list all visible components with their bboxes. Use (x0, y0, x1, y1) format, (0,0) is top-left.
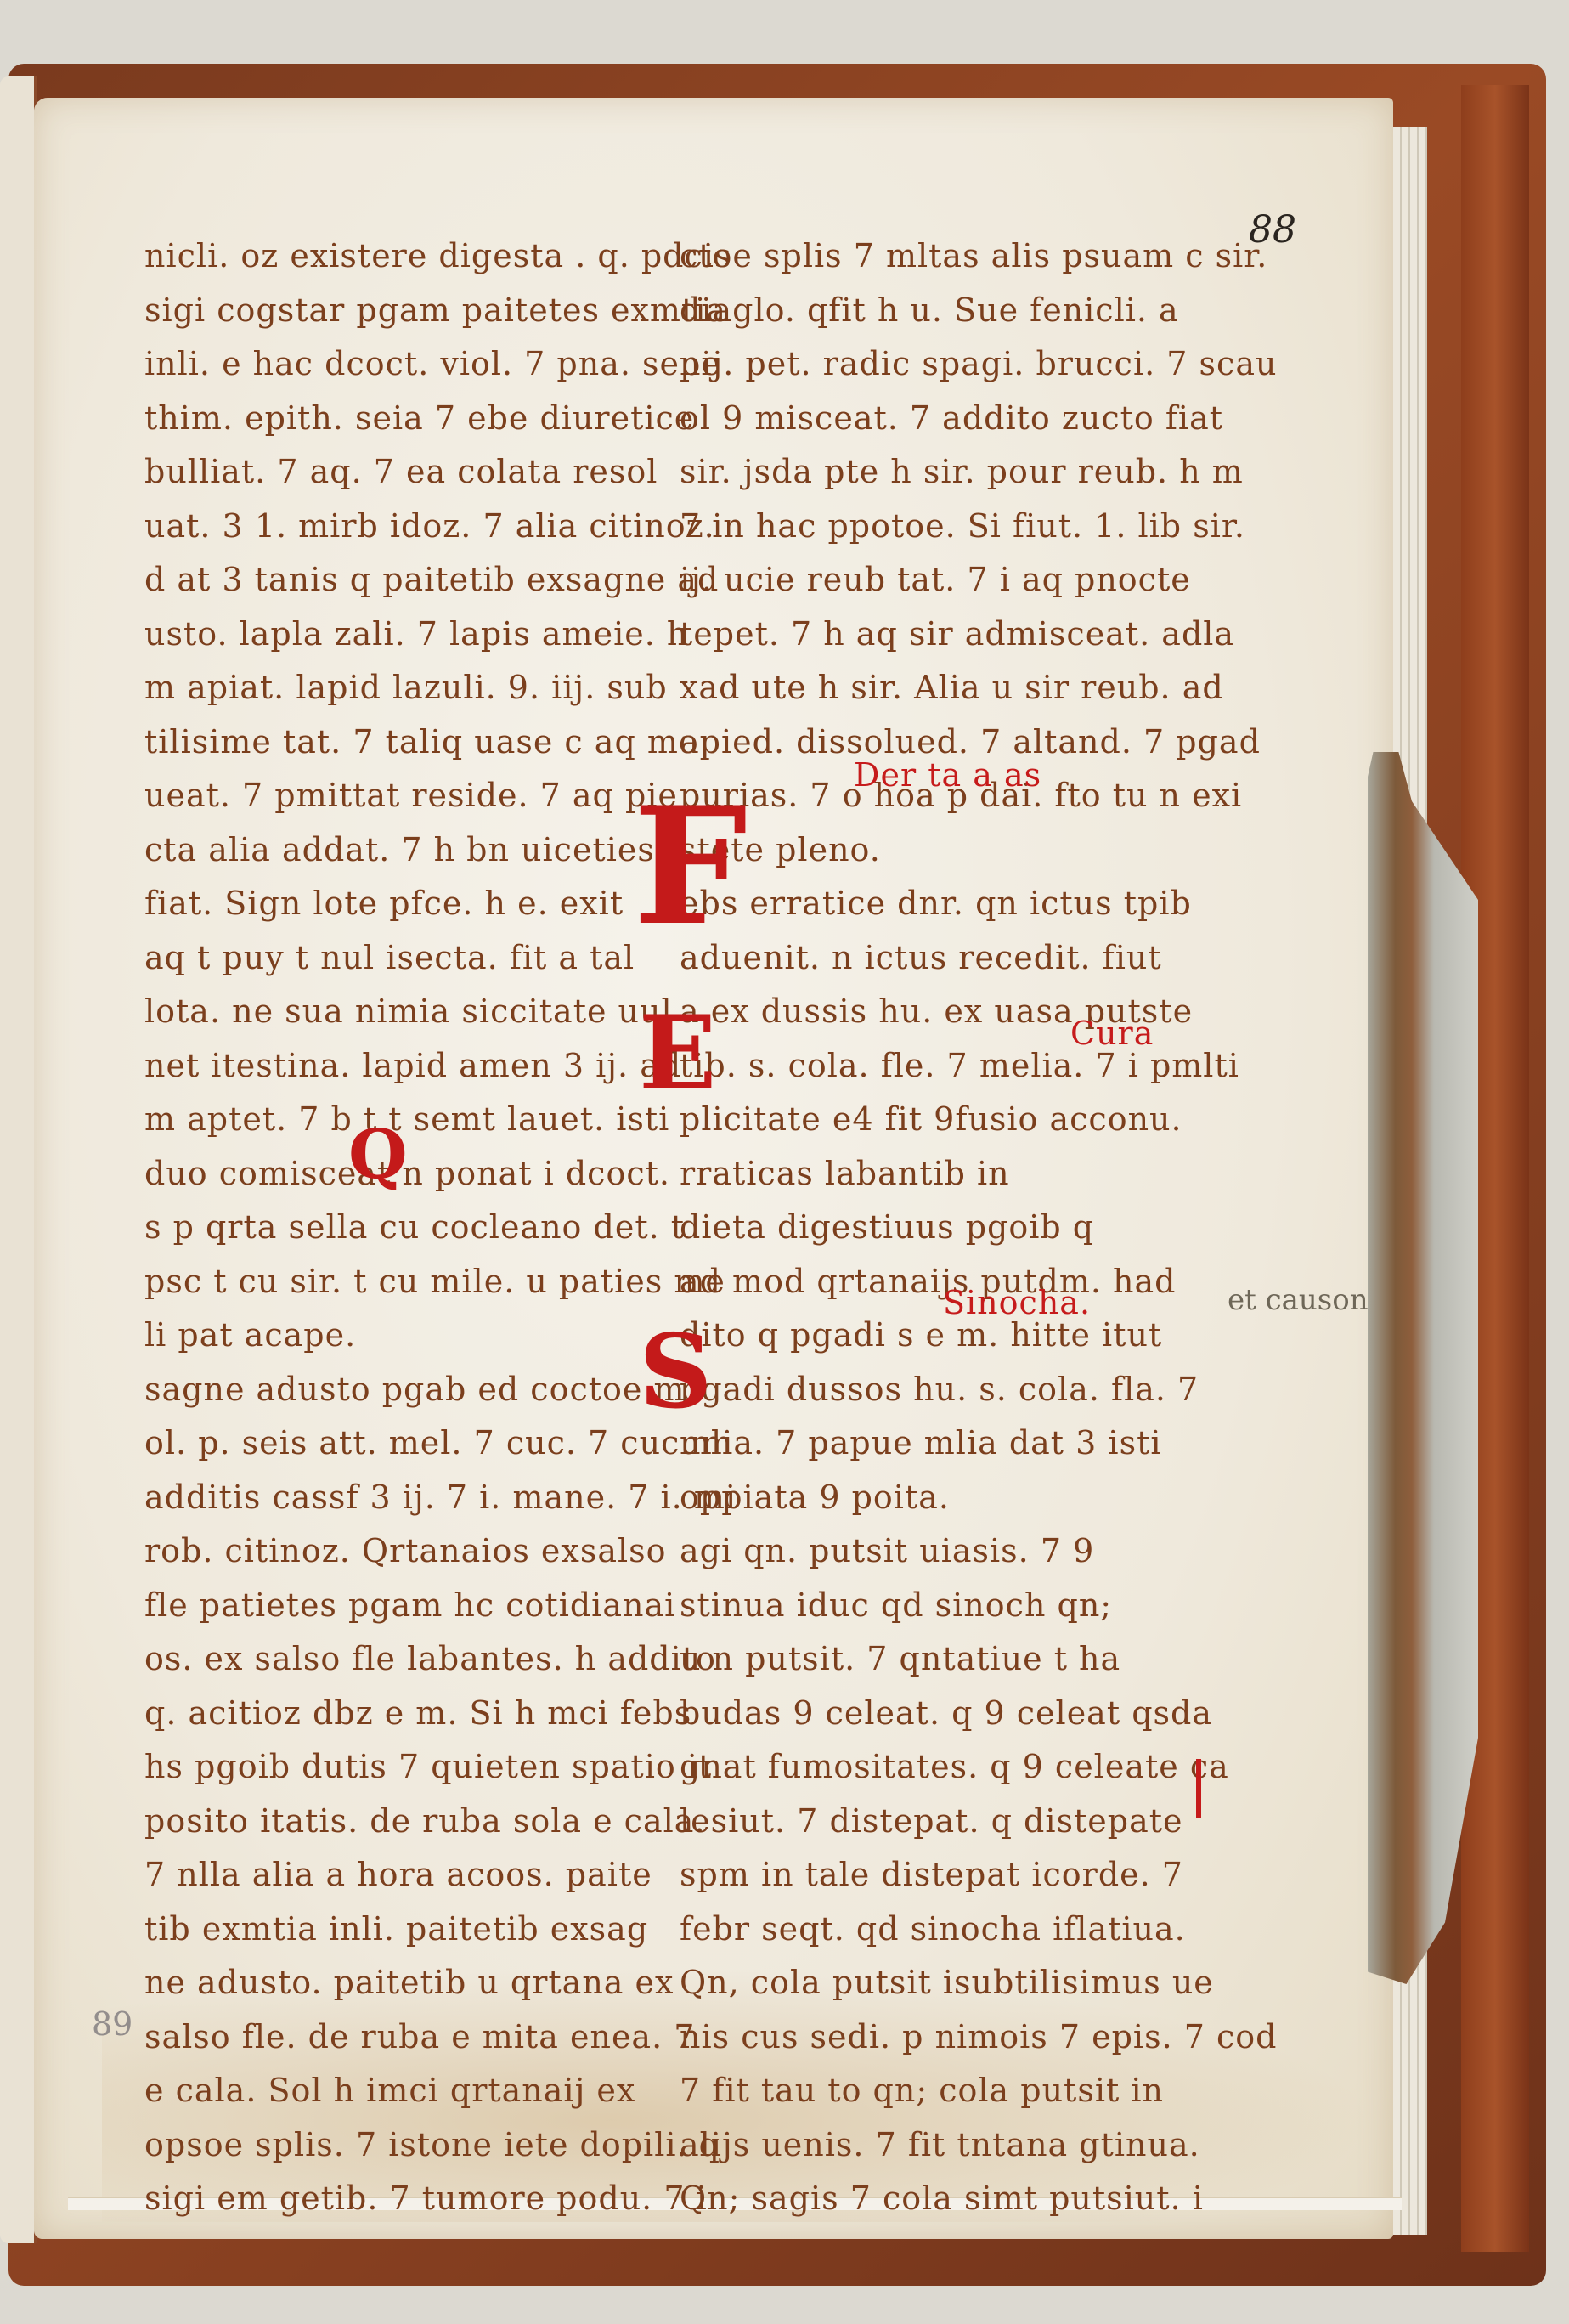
manuscript-line: inli. e hac dcoct. viol. 7 pna. sene (144, 337, 737, 392)
metal-clasp (1368, 752, 1478, 1984)
manuscript-line: q. acitioz dbz e m. Si h mci febs (144, 1687, 737, 1741)
manuscript-line: oppiata 9 poita. (680, 1471, 1277, 1525)
manuscript-line: tepet. 7 h aq sir admisceat. adla (680, 608, 1277, 662)
manuscript-line: e cala. Sol h imci qrtanaij ex (144, 2064, 737, 2118)
manuscript-line: psc t cu sir. t cu mile. u paties me (144, 1255, 737, 1309)
manuscript-line: ebs erratice dnr. qn ictus tpib (680, 877, 1277, 931)
manuscript-line: nis cus sedi. p nimois 7 epis. 7 cod (680, 2010, 1277, 2065)
manuscript-line: diaglo. qfit h u. Sue fenicli. a (680, 284, 1277, 338)
old-folio-number: 89 (92, 2005, 133, 2043)
manuscript-line: hs pgoib dutis 7 quieten spatio it (144, 1740, 737, 1795)
manuscript-line: usto. lapla zali. 7 lapis ameie. h (144, 608, 737, 662)
manuscript-line: a ex dussis hu. ex uasa putste (680, 985, 1277, 1039)
manuscript-line: additis cassf 3 ij. 7 i. mane. 7 i. mi (144, 1471, 737, 1525)
manuscript-line: alijs uenis. 7 fit tntana gtinua. (680, 2118, 1277, 2173)
manuscript-line: budas 9 celeat. q 9 celeat qsda (680, 1687, 1277, 1741)
red-initial-e: E (639, 1003, 716, 1105)
rubric-heading-sinocha: Sinocha. (943, 1276, 1091, 1331)
manuscript-line: ol 9 misceat. 7 addito zucto fiat (680, 392, 1277, 446)
manuscript-line: salso fle. de ruba e mita enea. 7 (144, 2010, 737, 2065)
manuscript-line: sir. jsda pte h sir. pour reub. h m (680, 445, 1277, 500)
manuscript-line: dieta digestiuus pgoib q (680, 1201, 1277, 1255)
manuscript-line: agi qn. putsit uiasis. 7 9 (680, 1524, 1277, 1579)
manuscript-line: tilisime tat. 7 taliq uase c aq mo (144, 715, 737, 770)
manuscript-line: Qn; sagis 7 cola simt putsiut. i (680, 2172, 1277, 2226)
red-margin-mark (1196, 1759, 1201, 1818)
manuscript-line: tib exmtia inli. paitetib exsag (144, 1903, 737, 1957)
manuscript-line: stinua iduc qd sinoch qn; (680, 1579, 1277, 1633)
manuscript-line: thim. epith. seia 7 ebe diuretice (144, 392, 737, 446)
facing-page-edge (0, 76, 37, 2243)
manuscript-line: nicli. oz existere digesta . q. pdcis (144, 229, 737, 284)
right-text-column: ctoe splis 7 mltas alis psuam c sir.diag… (680, 229, 1277, 2226)
red-initial-f: F (633, 786, 748, 947)
manuscript-line: uat. 3 1. mirb idoz. 7 alia citinoz. (144, 500, 737, 554)
rubric-heading-cura: Cura (1070, 1007, 1154, 1061)
manuscript-line: spm in tale distepat icorde. 7 (680, 1848, 1277, 1903)
manuscript-line: os. ex salso fle labantes. h addito (144, 1632, 737, 1687)
manuscript-line: tib. s. cola. fle. 7 melia. 7 i pmlti (680, 1039, 1277, 1094)
manuscript-line: 7 in hac ppotoe. Si fiut. 1. lib sir. (680, 500, 1277, 554)
manuscript-line: m apiat. lapid lazuli. 9. iij. sub (144, 661, 737, 715)
manuscript-line: opsoe splis. 7 istone iete dopili. q (144, 2118, 737, 2173)
manuscript-line: fle patietes pgam hc cotidianai (144, 1579, 737, 1633)
manuscript-line: stete pleno. (680, 823, 1277, 878)
manuscript-line: mlia. 7 papue mlia dat 3 isti (680, 1416, 1277, 1471)
manuscript-line: pij. pet. radic spagi. brucci. 7 scau (680, 337, 1277, 392)
manuscript-line: ctoe splis 7 mltas alis psuam c sir. (680, 229, 1277, 284)
manuscript-line: ne adusto. paitetib u qrtana ex (144, 1956, 737, 2010)
manuscript-line: aduenit. n ictus recedit. fiut (680, 931, 1277, 986)
manuscript-line: rob. citinoz. Qrtanaios exsalso (144, 1524, 737, 1579)
manuscript-line: 7 nlla alia a hora acoos. paite (144, 1848, 737, 1903)
manuscript-line: sigi cogstar pgam paitetes exmtia (144, 284, 737, 338)
manuscript-line: ij. ucie reub tat. 7 i aq pnocte (680, 553, 1277, 608)
manuscript-line: xad ute h sir. Alia u sir reub. ad (680, 661, 1277, 715)
manuscript-line: febr seqt. qd sinocha iflatiua. (680, 1903, 1277, 1957)
manuscript-line: u n putsit. 7 qntatiue t ha (680, 1632, 1277, 1687)
manuscript-line: lesiut. 7 distepat. q distepate (680, 1795, 1277, 1849)
manuscript-line: pgadi dussos hu. s. cola. fla. 7 (680, 1363, 1277, 1417)
manuscript-line: gnat fumositates. q 9 celeate ca (680, 1740, 1277, 1795)
red-initial-s: S (639, 1321, 713, 1423)
manuscript-line: rraticas labantib in (680, 1147, 1277, 1202)
manuscript-line: s p qrta sella cu cocleano det. t (144, 1201, 737, 1255)
manuscript-line: 7 fit tau to qn; cola putsit in (680, 2064, 1277, 2118)
manuscript-line: plicitate e4 fit 9fusio acconu. (680, 1093, 1277, 1147)
manuscript-line: d at 3 tanis q paitetib exsagne ad (144, 553, 737, 608)
red-initial-q: Q (348, 1120, 408, 1188)
manuscript-line: duo comisceat n ponat i dcoct. (144, 1147, 737, 1202)
manuscript-line: sigi em getib. 7 tumore podu. 7 i (144, 2172, 737, 2226)
left-text-column: nicli. oz existere digesta . q. pdcissig… (144, 229, 737, 2226)
manuscript-line: Qn, cola putsit isubtilisimus ue (680, 1956, 1277, 2010)
manuscript-line: bulliat. 7 aq. 7 ea colata resol (144, 445, 737, 500)
manuscript-line: posito itatis. de ruba sola e cala. (144, 1795, 737, 1849)
rubric-heading-de-terciana: Der ta a as (854, 749, 1041, 803)
